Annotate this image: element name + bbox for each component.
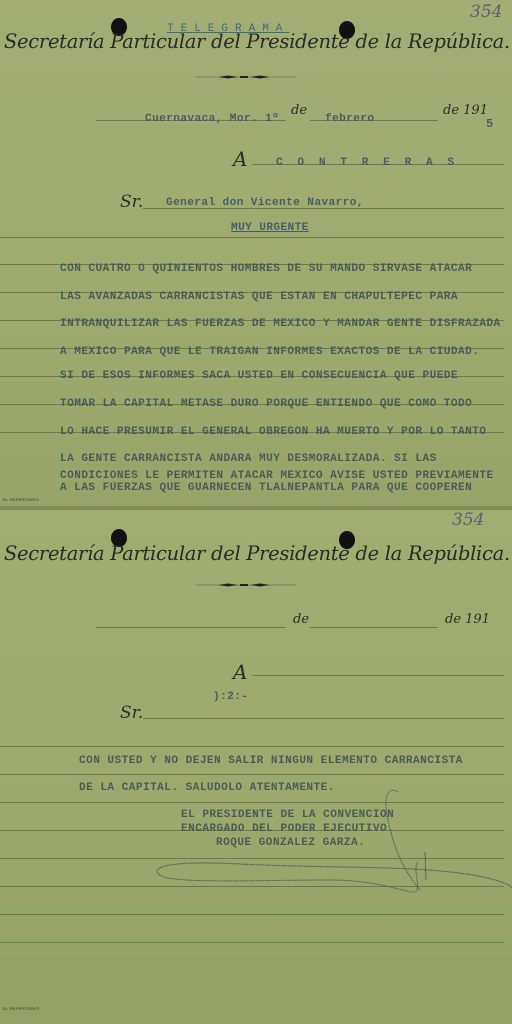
folio-number: 354	[452, 510, 484, 530]
body-line: CON USTED Y NO DEJEN SALIR NINGUN ELEMEN…	[79, 755, 463, 767]
body-line: A MEXICO PARA QUE LE TRAIGAN INFORMES EX…	[60, 346, 479, 358]
to-recipient: C O N T R E R A S	[276, 157, 458, 169]
date-place-rule	[96, 627, 286, 628]
ruled-line	[0, 746, 504, 747]
date-year-suffix: 5	[486, 117, 494, 131]
body-line: LAS AVANZADAS CARRANCISTAS QUE ESTAN EN …	[60, 291, 458, 303]
to-prefix: A	[233, 147, 247, 171]
addressee: General don Vicente Navarro,	[166, 197, 364, 209]
sr-prefix: Sr.	[120, 192, 143, 212]
addressee-rule	[143, 718, 504, 719]
date-place: Cuernavaca, Mor. 1º	[145, 113, 279, 125]
ruled-line	[0, 237, 504, 238]
to-rule	[252, 675, 504, 676]
ruled-line	[0, 774, 504, 775]
body-line: CON CUATRO O QUINIENTOS HOMBRES DE SU MA…	[60, 263, 472, 275]
folio-number: 354	[470, 2, 502, 22]
printer-mark: EL REPERTORIO	[3, 497, 39, 502]
telegram-page-2: 354 Secretaría Particular del Presidente…	[0, 510, 512, 1024]
to-prefix: A	[233, 660, 247, 684]
ornament-divider-icon	[196, 581, 296, 589]
body-line: A LAS FUERZAS QUE GUARNECEN TLALNEPANTLA…	[60, 482, 472, 494]
date-month-rule	[310, 627, 438, 628]
letterhead: Secretaría Particular del Presidente de …	[4, 30, 504, 53]
sr-prefix: Sr.	[120, 703, 143, 723]
page-marker: ):2:-	[213, 691, 248, 703]
telegram-page-1: 354 TELEGRAMA Secretaría Particular del …	[0, 0, 512, 506]
body-line: LA GENTE CARRANCISTA ANDARA MUY DESMORAL…	[60, 453, 437, 465]
body-line: CONDICIONES LE PERMITEN ATACAR MEXICO AV…	[60, 470, 494, 482]
date-year-prefix: de 191	[443, 103, 488, 118]
letterhead: Secretaría Particular del Presidente de …	[4, 542, 504, 565]
ornament-divider-icon	[196, 73, 296, 81]
ruled-line	[0, 914, 504, 915]
date-de-1: de	[291, 103, 307, 118]
ruled-line	[0, 942, 504, 943]
urgency-label: MUY URGENTE	[231, 222, 309, 234]
body-line: SI DE ESOS INFORMES SACA USTED EN CONSEC…	[60, 370, 458, 382]
date-year-prefix: de 191	[445, 612, 490, 627]
printer-mark: EL REPERTORIO	[3, 1006, 39, 1011]
body-line: TOMAR LA CAPITAL METASE DURO PORQUE ENTI…	[60, 398, 472, 410]
date-month: febrero	[325, 113, 374, 125]
body-line: LO HACE PRESUMIR EL GENERAL OBREGON HA M…	[60, 426, 486, 438]
date-de-1: de	[293, 612, 309, 627]
body-line: INTRANQUILIZAR LAS FUERZAS DE MEXICO Y M…	[60, 318, 501, 330]
handwritten-signature-icon	[150, 780, 512, 900]
